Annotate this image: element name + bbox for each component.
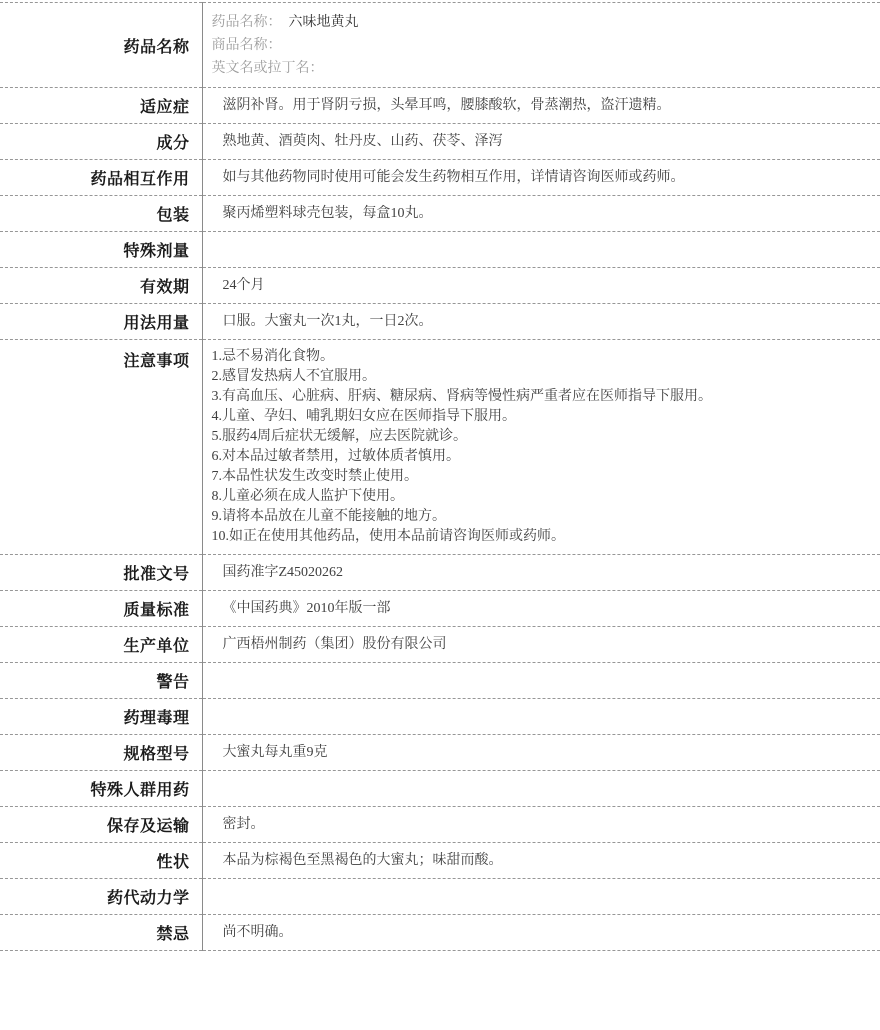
row-value: 1.忌不易消化食物。 2.感冒发热病人不宜服用。 3.有高血压、心脏病、肝病、糖… (202, 340, 880, 555)
row-specification: 规格型号 大蜜丸每丸重9克 (0, 735, 880, 771)
row-value: 24个月 (202, 268, 880, 304)
precaution-item: 7.本品性状发生改变时禁止使用。 (212, 467, 871, 487)
row-contraindications: 禁忌 尚不明确。 (0, 915, 880, 951)
precaution-item: 9.请将本品放在儿童不能接触的地方。 (212, 507, 871, 527)
row-label: 生产单位 (0, 627, 202, 663)
row-value: 熟地黄、酒萸肉、牡丹皮、山药、茯苓、泽泻 (202, 124, 880, 160)
row-precautions: 注意事项 1.忌不易消化食物。 2.感冒发热病人不宜服用。 3.有高血压、心脏病… (0, 340, 880, 555)
drug-name-prefix: 药品名称： (212, 15, 282, 30)
row-value: 国药准字Z45020262 (202, 555, 880, 591)
row-value (202, 232, 880, 268)
row-label: 禁忌 (0, 915, 202, 951)
row-label: 适应症 (0, 88, 202, 124)
row-label: 药理毒理 (0, 699, 202, 735)
precaution-item: 1.忌不易消化食物。 (212, 347, 871, 367)
precaution-item: 5.服药4周后症状无缓解，应去医院就诊。 (212, 427, 871, 447)
row-label: 成分 (0, 124, 202, 160)
row-special-dosage: 特殊剂量 (0, 232, 880, 268)
row-value (202, 771, 880, 807)
row-label: 质量标准 (0, 591, 202, 627)
row-value: 广西梧州制药（集团）股份有限公司 (202, 627, 880, 663)
row-packaging: 包装 聚丙烯塑料球壳包装，每盒10丸。 (0, 196, 880, 232)
drug-info-table: 药品名称 药品名称：六味地黄丸 商品名称： 英文名或拉丁名： 适应症 滋阴补肾。… (0, 2, 880, 951)
row-label: 特殊人群用药 (0, 771, 202, 807)
row-ingredients: 成分 熟地黄、酒萸肉、牡丹皮、山药、茯苓、泽泻 (0, 124, 880, 160)
row-value: 口服。大蜜丸一次1丸，一日2次。 (202, 304, 880, 340)
row-label: 有效期 (0, 268, 202, 304)
row-label: 药代动力学 (0, 879, 202, 915)
row-pharmacokinetics: 药代动力学 (0, 879, 880, 915)
row-value (202, 879, 880, 915)
row-approval-number: 批准文号 国药准字Z45020262 (0, 555, 880, 591)
row-value: 如与其他药物同时使用可能会发生药物相互作用，详情请咨询医师或药师。 (202, 160, 880, 196)
row-manufacturer: 生产单位 广西梧州制药（集团）股份有限公司 (0, 627, 880, 663)
row-value: 药品名称：六味地黄丸 商品名称： 英文名或拉丁名： (202, 3, 880, 88)
row-label: 批准文号 (0, 555, 202, 591)
row-label: 特殊剂量 (0, 232, 202, 268)
row-label: 药品相互作用 (0, 160, 202, 196)
row-value (202, 663, 880, 699)
row-drug-interactions: 药品相互作用 如与其他药物同时使用可能会发生药物相互作用，详情请咨询医师或药师。 (0, 160, 880, 196)
row-dosage-usage: 用法用量 口服。大蜜丸一次1丸，一日2次。 (0, 304, 880, 340)
row-label: 药品名称 (0, 3, 202, 88)
row-label: 规格型号 (0, 735, 202, 771)
precaution-item: 10.如正在使用其他药品，使用本品前请咨询医师或药师。 (212, 527, 871, 547)
row-pharmacology-toxicology: 药理毒理 (0, 699, 880, 735)
trade-name-prefix: 商品名称： (212, 38, 282, 53)
row-quality-standard: 质量标准 《中国药典》2010年版一部 (0, 591, 880, 627)
precaution-item: 8.儿童必须在成人监护下使用。 (212, 487, 871, 507)
row-value: 滋阴补肾。用于肾阴亏损，头晕耳鸣，腰膝酸软，骨蒸潮热，盗汗遗精。 (202, 88, 880, 124)
row-drug-name: 药品名称 药品名称：六味地黄丸 商品名称： 英文名或拉丁名： (0, 3, 880, 88)
latin-name-line: 英文名或拉丁名： (212, 57, 871, 80)
row-value: 《中国药典》2010年版一部 (202, 591, 880, 627)
precaution-item: 3.有高血压、心脏病、肝病、糖尿病、肾病等慢性病严重者应在医师指导下服用。 (212, 387, 871, 407)
row-value: 密封。 (202, 807, 880, 843)
row-indications: 适应症 滋阴补肾。用于肾阴亏损，头晕耳鸣，腰膝酸软，骨蒸潮热，盗汗遗精。 (0, 88, 880, 124)
row-value: 大蜜丸每丸重9克 (202, 735, 880, 771)
drug-name-value: 六味地黄丸 (289, 15, 359, 30)
drug-name-line: 药品名称：六味地黄丸 (212, 11, 871, 34)
row-storage-transport: 保存及运输 密封。 (0, 807, 880, 843)
row-value: 聚丙烯塑料球壳包装，每盒10丸。 (202, 196, 880, 232)
row-label: 注意事项 (0, 340, 202, 555)
row-label: 性状 (0, 843, 202, 879)
row-value (202, 699, 880, 735)
row-warning: 警告 (0, 663, 880, 699)
trade-name-line: 商品名称： (212, 34, 871, 57)
precaution-item: 6.对本品过敏者禁用，过敏体质者慎用。 (212, 447, 871, 467)
row-value: 本品为棕褐色至黑褐色的大蜜丸；味甜而酸。 (202, 843, 880, 879)
precaution-item: 2.感冒发热病人不宜服用。 (212, 367, 871, 387)
row-special-population: 特殊人群用药 (0, 771, 880, 807)
latin-name-prefix: 英文名或拉丁名： (212, 61, 324, 76)
row-shelf-life: 有效期 24个月 (0, 268, 880, 304)
row-label: 保存及运输 (0, 807, 202, 843)
row-label: 警告 (0, 663, 202, 699)
row-label: 包装 (0, 196, 202, 232)
row-description: 性状 本品为棕褐色至黑褐色的大蜜丸；味甜而酸。 (0, 843, 880, 879)
precaution-item: 4.儿童、孕妇、哺乳期妇女应在医师指导下服用。 (212, 407, 871, 427)
row-value: 尚不明确。 (202, 915, 880, 951)
row-label: 用法用量 (0, 304, 202, 340)
